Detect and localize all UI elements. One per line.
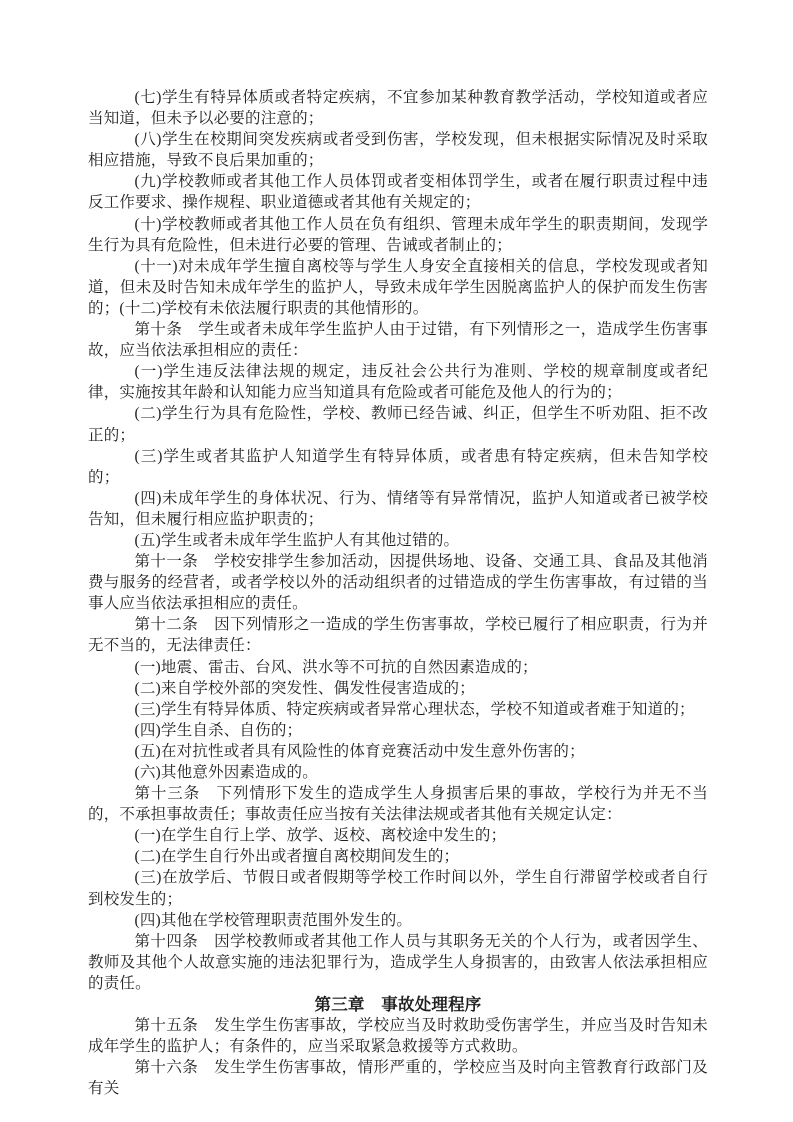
document-text-block: (七)学生有特异体质或者特定疾病，不宜参加某种教育教学活动，学校知道或者应当知道… [88,87,708,1100]
paragraph-article-12-item-1: (一)地震、雷击、台风、洪水等不可抗的自然因素造成的； [88,657,708,678]
paragraph-article-14: 第十四条 因学校教师或者其他工作人员与其职务无关的个人行为，或者因学生、教师及其… [88,931,708,994]
paragraph-article-12-item-2: (二)来自学校外部的突发性、偶发性侵害造成的； [88,678,708,699]
paragraph-article-12-item-5: (五)在对抗性或者具有风险性的体育竞赛活动中发生意外伤害的； [88,741,708,762]
paragraph-article-10: 第十条 学生或者未成年学生监护人由于过错，有下列情形之一，造成学生伤害事故，应当… [88,319,708,361]
paragraph-article-13-item-3: (三)在放学后、节假日或者假期等学校工作时间以外，学生自行滞留学校或者自行到校发… [88,867,708,909]
paragraph-article-12-item-3: (三)学生有特异体质、特定疾病或者异常心理状态，学校不知道或者难于知道的； [88,699,708,720]
paragraph-article-10-item-2: (二)学生行为具有危险性，学校、教师已经告诫、纠正，但学生不听劝阻、拒不改正的； [88,403,708,445]
paragraph-article-13-item-4: (四)其他在学校管理职责范围外发生的。 [88,910,708,931]
paragraph-article-10-item-3: (三)学生或者其监护人知道学生有特异体质，或者患有特定疾病，但未告知学校的； [88,446,708,488]
paragraph-article-13: 第十三条 下列情形下发生的造成学生人身损害后果的事故，学校行为并无不当的，不承担… [88,783,708,825]
paragraph-item-8: (八)学生在校期间突发疾病或者受到伤害，学校发现，但未根据实际情况及时采取相应措… [88,129,708,171]
document-page: (七)学生有特异体质或者特定疾病，不宜参加某种教育教学活动，学校知道或者应当知道… [0,0,793,1122]
paragraph-article-12: 第十二条 因下列情形之一造成的学生伤害事故，学校已履行了相应职责，行为并无不当的… [88,614,708,656]
paragraph-article-10-item-4: (四)未成年学生的身体状况、行为、情绪等有异常情况，监护人知道或者已被学校告知，… [88,488,708,530]
paragraph-item-11-12: (十一)对未成年学生擅自离校等与学生人身安全直接相关的信息，学校发现或者知道，但… [88,256,708,319]
paragraph-item-9: (九)学校教师或者其他工作人员体罚或者变相体罚学生，或者在履行职责过程中违反工作… [88,171,708,213]
chapter-3-heading: 第三章 事故处理程序 [88,994,708,1015]
paragraph-article-12-item-4: (四)学生自杀、自伤的； [88,720,708,741]
paragraph-article-13-item-2: (二)在学生自行外出或者擅自离校期间发生的； [88,846,708,867]
paragraph-article-11: 第十一条 学校安排学生参加活动，因提供场地、设备、交通工具、食品及其他消费与服务… [88,551,708,614]
paragraph-article-12-item-6: (六)其他意外因素造成的。 [88,762,708,783]
paragraph-article-15: 第十五条 发生学生伤害事故，学校应当及时救助受伤害学生，并应当及时告知未成年学生… [88,1015,708,1057]
paragraph-article-13-item-1: (一)在学生自行上学、放学、返校、离校途中发生的； [88,825,708,846]
paragraph-article-16: 第十六条 发生学生伤害事故，情形严重的，学校应当及时向主管教育行政部门及有关 [88,1057,708,1099]
paragraph-item-10: (十)学校教师或者其他工作人员在负有组织、管理未成年学生的职责期间，发现学生行为… [88,214,708,256]
paragraph-item-7: (七)学生有特异体质或者特定疾病，不宜参加某种教育教学活动，学校知道或者应当知道… [88,87,708,129]
paragraph-article-10-item-5: (五)学生或者未成年学生监护人有其他过错的。 [88,530,708,551]
paragraph-article-10-item-1: (一)学生违反法律法规的规定，违反社会公共行为准则、学校的规章制度或者纪律，实施… [88,361,708,403]
